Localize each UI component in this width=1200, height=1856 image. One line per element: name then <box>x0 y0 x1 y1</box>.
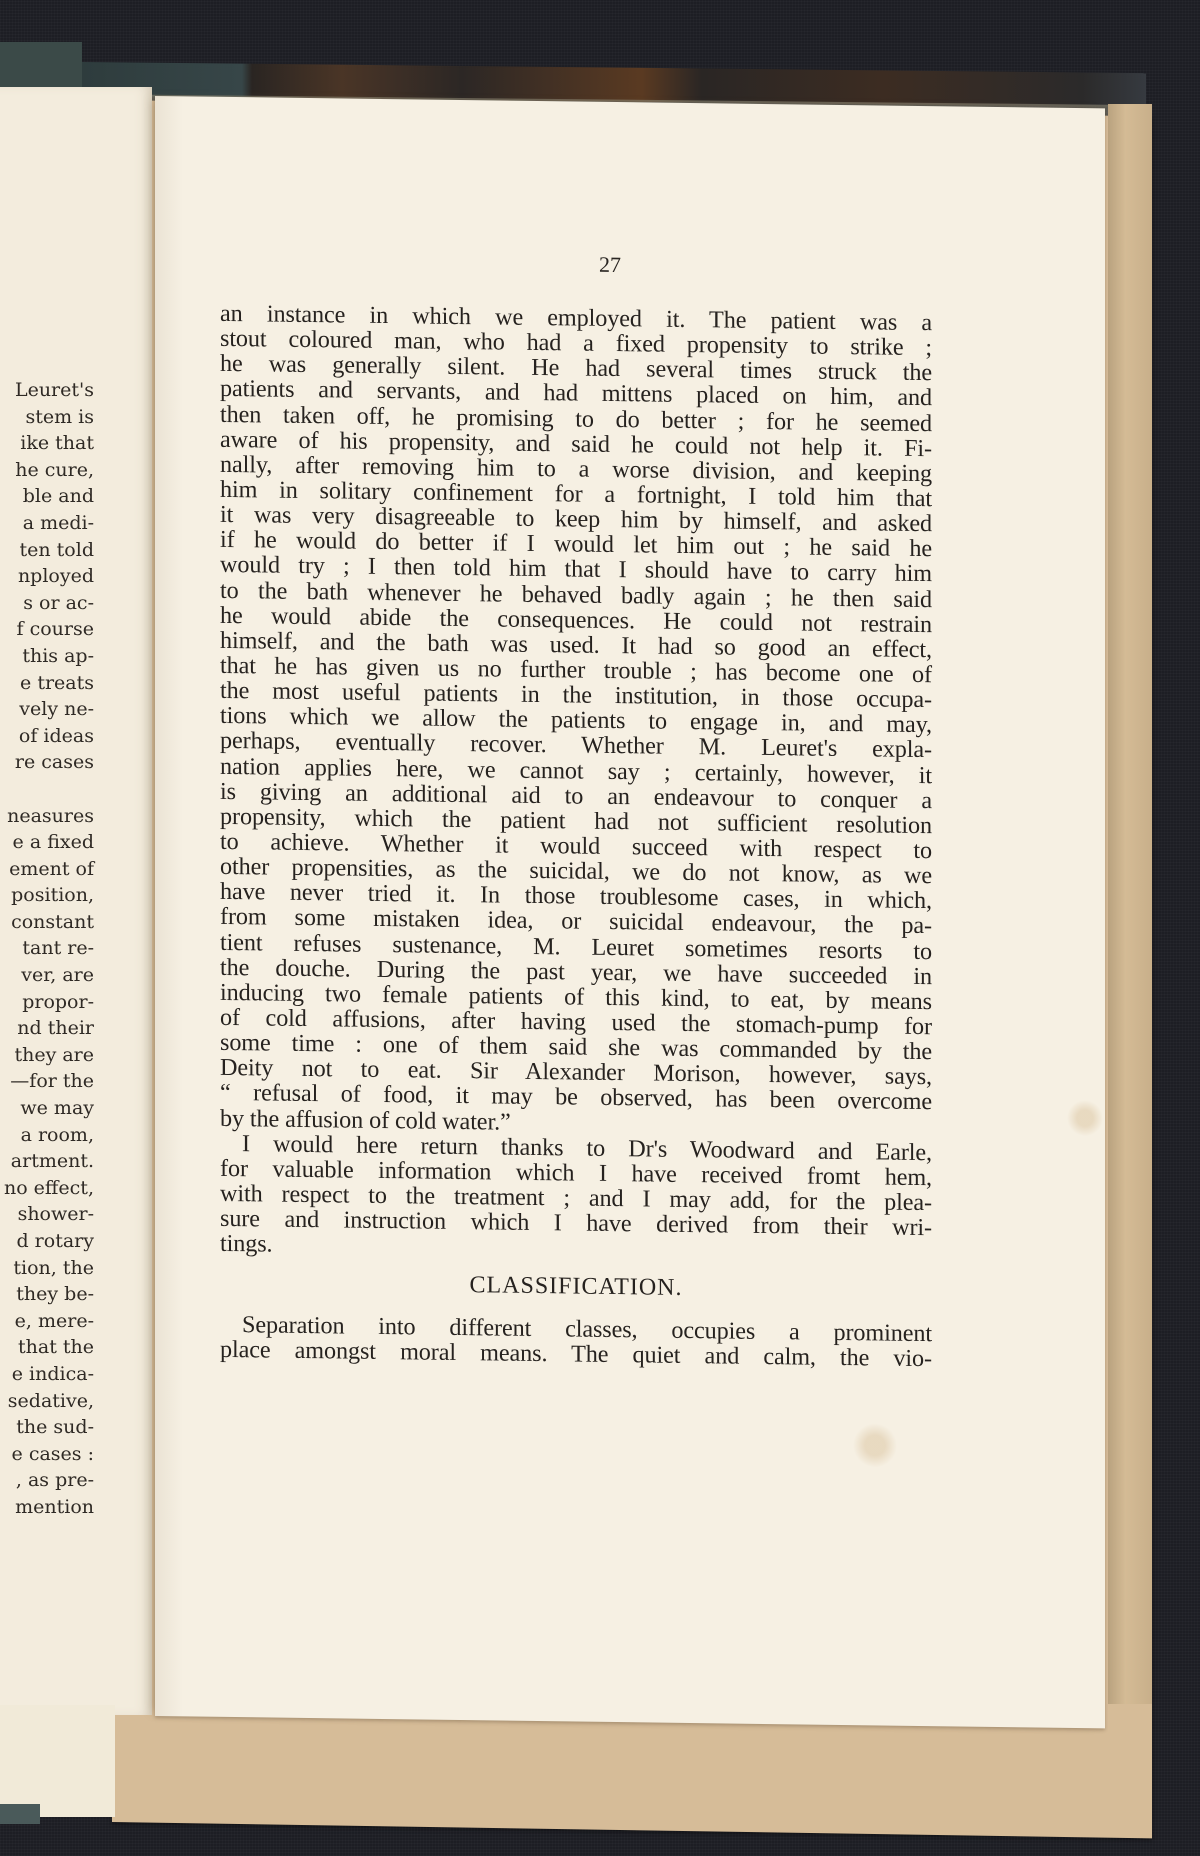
left-line: the sud- <box>4 1414 94 1441</box>
left-line: re cases <box>4 749 94 776</box>
left-line: this ap- <box>4 643 94 670</box>
left-line: ike that <box>4 430 94 457</box>
left-line: they be- <box>4 1281 94 1308</box>
left-line: a medi- <box>4 510 94 537</box>
left-line: vely ne- <box>4 696 94 723</box>
left-line: e a fixed <box>4 829 94 856</box>
paragraph-1: an instance in which we employed it. The… <box>220 301 932 1140</box>
left-line: they are <box>4 1042 94 1069</box>
endboard-right-edge <box>1108 104 1152 1704</box>
left-line: —for the <box>4 1068 94 1095</box>
left-line: f course <box>4 616 94 643</box>
left-line: nd their <box>4 1015 94 1042</box>
left-line: of ideas <box>4 723 94 750</box>
paragraph-3: Separation into different classes, occup… <box>220 1312 932 1372</box>
left-line: stem is <box>4 404 94 431</box>
left-page: Leuret's stem is ike that he cure, ble a… <box>0 87 152 1715</box>
right-page: 27 an instance in which we employed it. … <box>155 96 1105 1728</box>
left-line: , as pre- <box>4 1467 94 1494</box>
page-number: 27 <box>570 251 650 278</box>
left-page-lower-leaf <box>0 1705 115 1817</box>
left-line: shower- <box>4 1201 94 1228</box>
left-line: mention <box>4 1494 94 1521</box>
left-line: e indica- <box>4 1361 94 1388</box>
left-line <box>4 776 94 803</box>
left-line: we may <box>4 1095 94 1122</box>
left-line: e, mere- <box>4 1308 94 1335</box>
section-heading: CLASSIFICATION. <box>220 1270 932 1305</box>
left-line: propor- <box>4 989 94 1016</box>
left-line: sedative, <box>4 1388 94 1415</box>
paragraph-2: I would here return thanks to Dr's Woodw… <box>220 1130 932 1265</box>
left-line: e cases : <box>4 1441 94 1468</box>
left-line: ten told <box>4 537 94 564</box>
left-line: a room, <box>4 1122 94 1149</box>
left-line: tant re- <box>4 935 94 962</box>
left-line: nployed <box>4 563 94 590</box>
left-line: tion, the <box>4 1255 94 1282</box>
page-body-text: an instance in which we employed it. The… <box>220 301 932 1372</box>
left-line: neasures <box>4 803 94 830</box>
left-line: Leuret's <box>4 377 94 404</box>
left-line: artment. <box>4 1148 94 1175</box>
left-line: that the <box>4 1334 94 1361</box>
left-line: s or ac- <box>4 590 94 617</box>
left-page-text-fragment: Leuret's stem is ike that he cure, ble a… <box>4 377 94 1521</box>
left-line: e treats <box>4 670 94 697</box>
left-line: d rotary <box>4 1228 94 1255</box>
left-line: he cure, <box>4 457 94 484</box>
left-line: ement of <box>4 856 94 883</box>
left-cover-cloth <box>0 42 82 88</box>
left-line: constant <box>4 909 94 936</box>
left-line: position, <box>4 882 94 909</box>
left-line: ble and <box>4 483 94 510</box>
left-cover-cloth-bottom <box>0 1804 40 1824</box>
left-line: no effect, <box>4 1175 94 1202</box>
left-line: ver, are <box>4 962 94 989</box>
